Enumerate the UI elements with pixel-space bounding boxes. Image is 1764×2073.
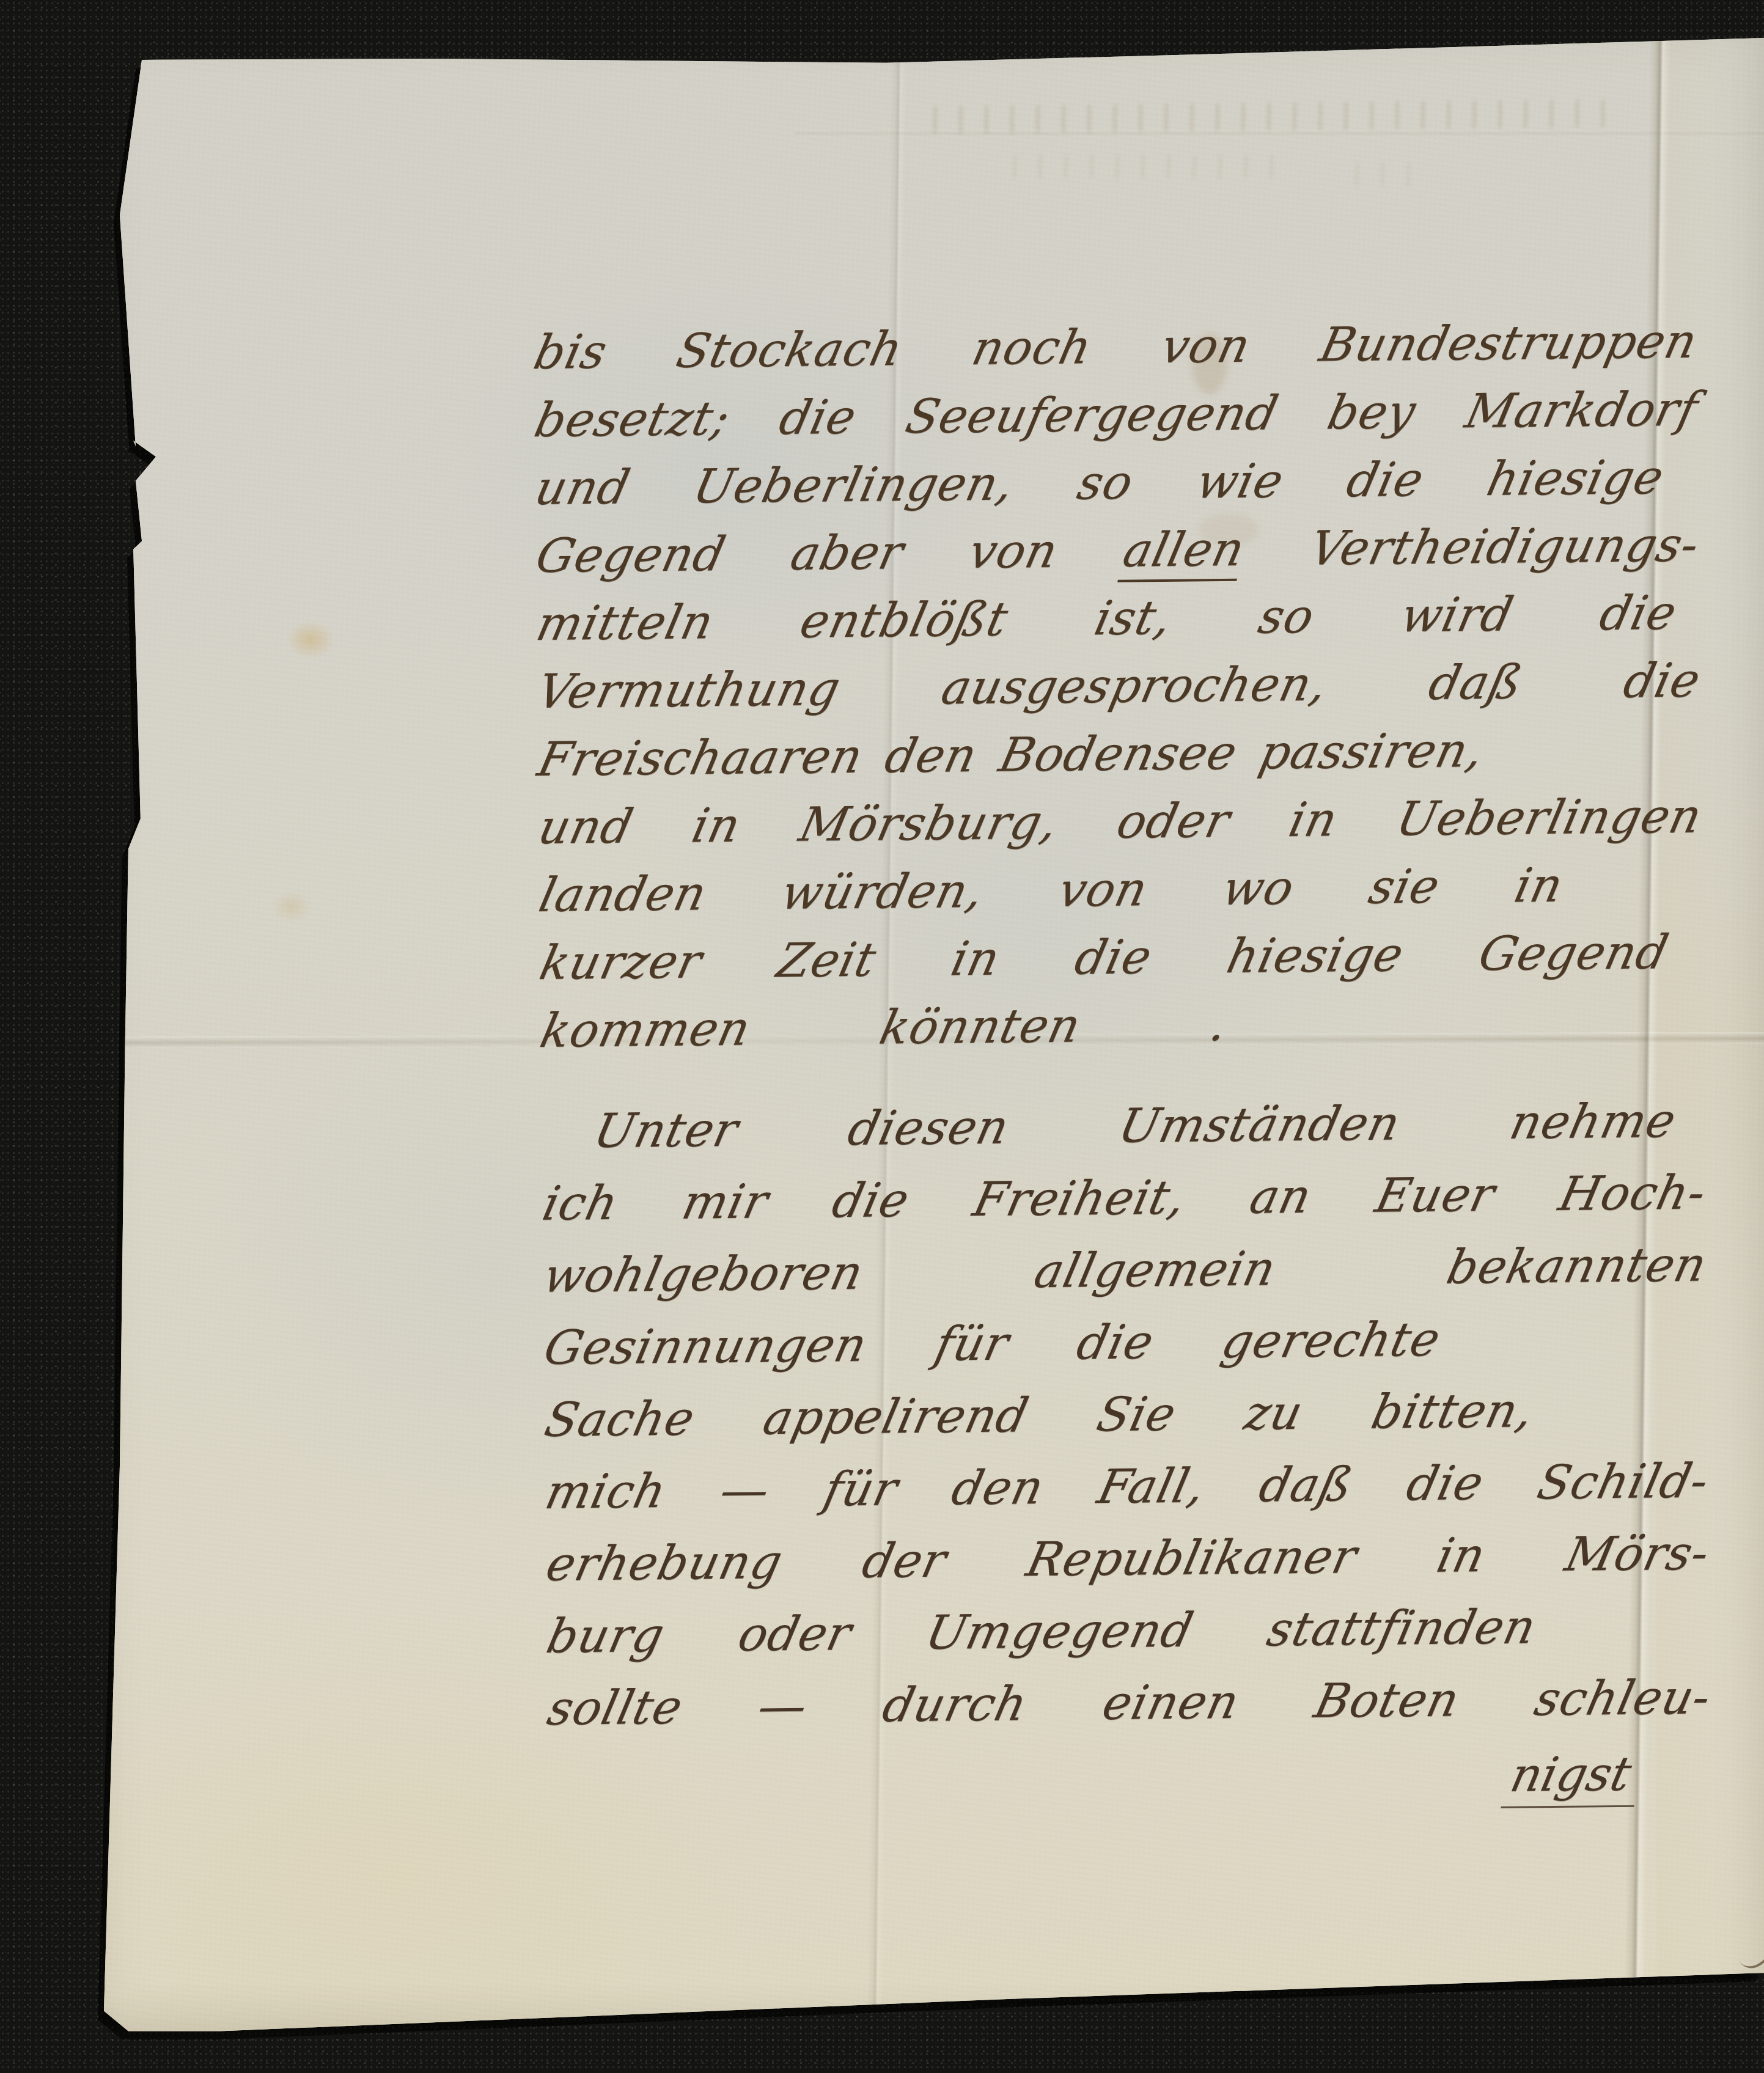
- manuscript-line-12: Unter diesen Umständen nehme: [535, 1085, 1683, 1169]
- horizontal-crease-faint: [795, 130, 1764, 137]
- manuscript-line-01: bis Stockach noch von Bundestruppen: [527, 308, 1703, 387]
- manuscript-line-02: besetzt; die Seeufergegend bey Markdorf: [528, 376, 1704, 455]
- line-04-post: Vertheidigungs-: [1305, 518, 1705, 576]
- manuscript-line-16: Sache appelirend Sie zu bitten,: [538, 1375, 1541, 1457]
- manuscript-line-03: und Ueberlingen, so wie die hiesige: [529, 444, 1670, 523]
- ink-show-through: [1345, 163, 1430, 187]
- manuscript-line-06: Vermuthung ausgesprochen, daß die: [531, 647, 1707, 725]
- paragraph-2: Unter diesen Umständen nehme ich mir die…: [534, 1085, 1702, 1745]
- manuscript-line-13: ich mir die Freiheit, an Euer Hoch-: [535, 1157, 1713, 1240]
- line-04-pre: Gegend aber von: [531, 524, 1063, 584]
- paper-stain: [286, 620, 335, 659]
- manuscript-line-20: sollte — durch einen Boten schleu-: [540, 1662, 1718, 1745]
- scanner-background: bis Stockach noch von Bundestruppen bese…: [0, 0, 1764, 2073]
- manuscript-line-07: Freischaaren den Bodensee passiren,: [531, 717, 1463, 794]
- manuscript-line-19: burg oder Umgegend stattfinden: [540, 1591, 1543, 1673]
- catchword-row: nigst: [533, 1738, 1710, 1821]
- manuscript-line-18: erhebung der Republikaner in Mörs-: [539, 1517, 1716, 1601]
- paper-stain: [272, 891, 311, 923]
- manuscript-line-04: Gegend aber von allen Vertheidigungs-: [529, 512, 1705, 590]
- manuscript-line-08: und in Mörsburg, oder in Ueberlingen: [532, 782, 1708, 861]
- manuscript-line-17: mich — für den Fall, daß die Schild-: [538, 1445, 1716, 1528]
- manuscript-line-05: mitteln entblößt ist, so wird die: [530, 579, 1683, 658]
- manuscript-line-11: kommen könnten .: [534, 991, 1235, 1065]
- handwritten-text: bis Stockach noch von Bundestruppen bese…: [527, 308, 1703, 1821]
- manuscript-line-09: landen würden, von wo sie in: [533, 852, 1570, 930]
- letter-sheet: bis Stockach noch von Bundestruppen bese…: [92, 24, 1764, 2035]
- paragraph-1: bis Stockach noch von Bundestruppen bese…: [527, 308, 1696, 1065]
- catchword-underlined: nigst: [1501, 1747, 1647, 1808]
- manuscript-line-14: wohlgeboren allgemein bekannten: [537, 1229, 1714, 1312]
- manuscript-line-15: Gesinnungen für die gerechte: [537, 1304, 1447, 1385]
- line-04-underlined-word: allen: [1117, 523, 1250, 582]
- manuscript-line-10: kurzer Zeit in die hiesige Gegend: [534, 919, 1675, 997]
- ink-show-through: [1002, 155, 1290, 178]
